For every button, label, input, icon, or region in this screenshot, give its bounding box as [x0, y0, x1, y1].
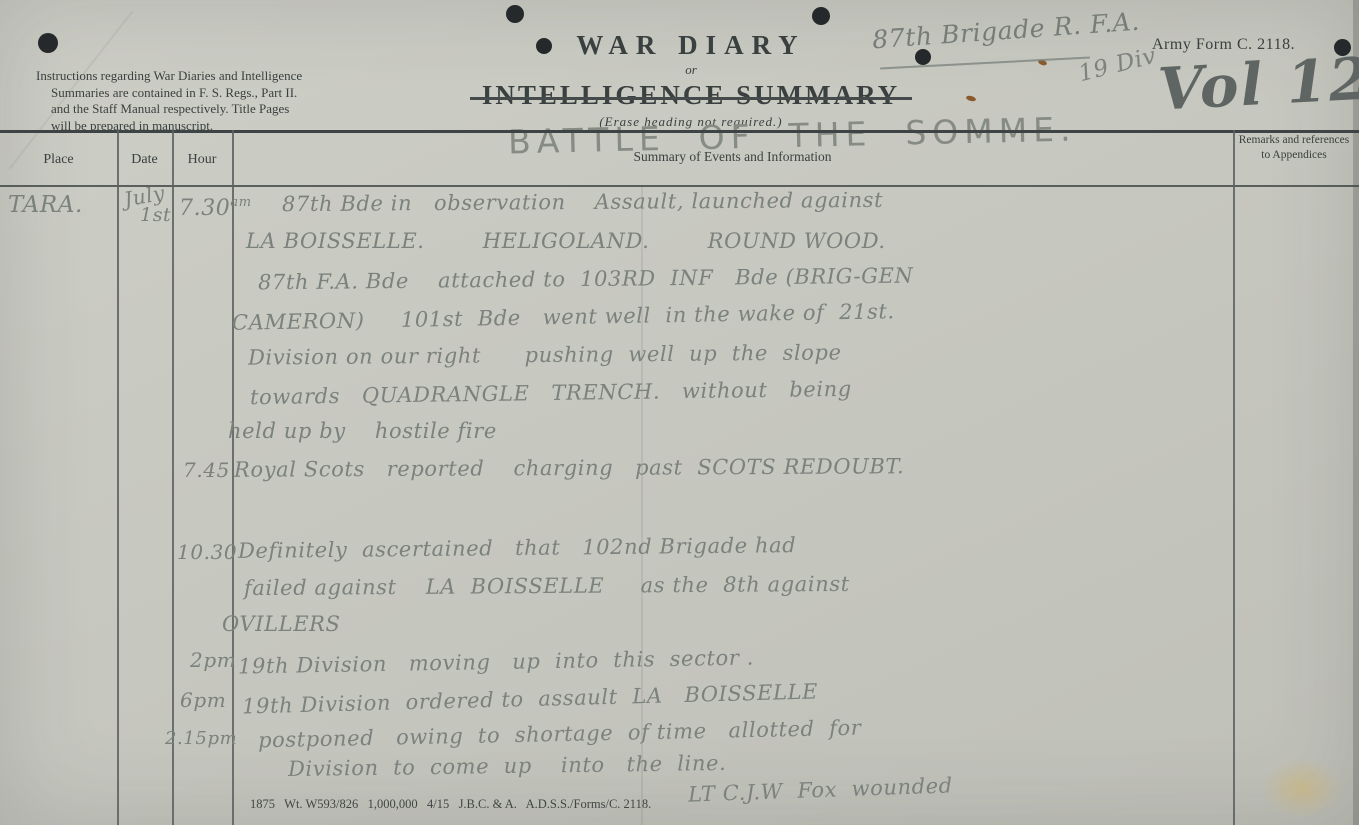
war-diary-title: WAR DIARY: [452, 30, 930, 61]
diary-line: 19th Division moving up into this sector…: [238, 645, 754, 678]
diary-line: 87th Bde in observation Assault, launche…: [282, 188, 883, 216]
diary-line: 19th Division ordered to assault LA BOIS…: [242, 679, 819, 718]
entry-hour: 7.45: [183, 458, 230, 482]
paper-stain: [1262, 758, 1342, 818]
or-word: or: [452, 62, 930, 78]
column-divider-summary: [1233, 130, 1235, 825]
diary-line: held up by hostile fire: [228, 419, 497, 443]
instruction-line: Instructions regarding War Diaries and I…: [36, 68, 372, 85]
war-diary-scanned-page: Instructions regarding War Diaries and I…: [0, 0, 1359, 825]
handwritten-unit-title: 87th Brigade R. F.A.: [871, 7, 1140, 55]
form-print-code: 1875 Wt. W593/826 1,000,000 4/15 J.B.C. …: [250, 797, 651, 812]
entry-hour: 10.30: [177, 540, 237, 564]
entry-hour: 2.15pm: [165, 728, 237, 749]
hour-am-superscript: am: [230, 195, 251, 210]
diary-line: Definitely ascertained that 102nd Brigad…: [238, 533, 797, 563]
handwritten-volume-label: Vol 12: [1156, 44, 1359, 123]
column-header-summary: Summary of Events and Information: [232, 149, 1233, 165]
diary-line: towards QUADRANGLE TRENCH. without being: [250, 377, 852, 409]
handwritten-division-note: 19 Div: [1076, 43, 1159, 87]
paper-edge: [1353, 0, 1359, 825]
entry-hour: 2pm: [190, 648, 236, 672]
entry-date-day: 1st: [140, 204, 171, 226]
diary-line: LT C.J.W Fox wounded: [688, 773, 953, 806]
column-divider-place: [117, 130, 119, 825]
diary-line: 87th F.A. Bde attached to 103RD INF Bde …: [258, 264, 914, 295]
instruction-line: Summaries are contained in F. S. Regs., …: [36, 85, 372, 102]
table-header-rule: [0, 185, 1359, 187]
entry-place: TARA.: [8, 192, 83, 218]
form-instructions: Instructions regarding War Diaries and I…: [36, 68, 372, 135]
column-header-hour: Hour: [172, 152, 232, 168]
diary-line: CAMERON) 101st Bde went well in the wake…: [232, 299, 895, 335]
entry-hour: 6pm: [180, 688, 226, 712]
rust-speck: [966, 95, 977, 102]
entry-hour: 7.30am: [179, 196, 252, 221]
table-top-rule: [0, 130, 1359, 133]
diary-line: OVILLERS: [222, 612, 341, 636]
column-header-remarks: Remarks and references to Appendices: [1236, 133, 1352, 163]
diary-line: LA BOISSELLE. HELIGOLAND. ROUND WOOD.: [246, 229, 886, 253]
diary-line: postponed owing to shortage of time allo…: [258, 716, 862, 753]
column-header-place: Place: [0, 152, 117, 168]
diary-line: Royal Scots reported charging past SCOTS…: [234, 454, 904, 482]
ink-dot: [812, 7, 830, 25]
diary-line: failed against LA BOISSELLE as the 8th a…: [244, 572, 850, 600]
hour-value: 7.30: [179, 196, 230, 221]
instruction-line: and the Staff Manual respectively. Title…: [36, 101, 372, 118]
column-divider-date: [172, 130, 174, 825]
column-header-date: Date: [117, 152, 172, 168]
intelligence-summary-struck-title: INTELLIGENCE SUMMARY: [482, 80, 900, 111]
diary-line: Division to come up into the line.: [288, 751, 727, 781]
ink-dot: [38, 33, 58, 53]
diary-line: Division on our right pushing well up th…: [248, 340, 842, 369]
ink-dot: [506, 5, 524, 23]
